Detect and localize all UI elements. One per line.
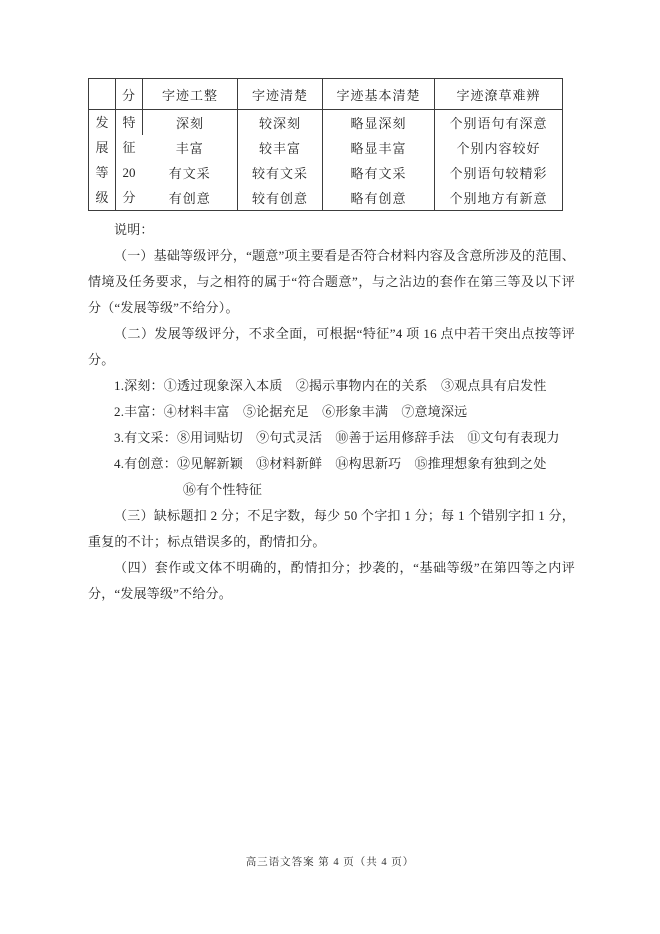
header-empty-cell bbox=[89, 79, 116, 110]
note-item-literary: 3.有文采：⑧用词贴切 ⑨句式灵活 ⑩善于运用修辞手法 ⑪文句有表现力 bbox=[88, 425, 575, 451]
table-cell: 个别内容较好 bbox=[435, 135, 563, 160]
table-cell: 较有文采 bbox=[238, 160, 323, 185]
header-neat-handwriting: 字迹工整 bbox=[143, 79, 238, 110]
table-cell: 深刻 bbox=[143, 110, 238, 136]
label-char: 展 bbox=[95, 141, 108, 154]
note-item-creative-cont: ⑯有个性特征 bbox=[88, 477, 575, 503]
note-paragraph-1: （一）基础等级评分，“题意”项主要看是否符合材料内容及含意所涉及的范围、情境及任… bbox=[88, 243, 575, 321]
label-char: 分 bbox=[122, 191, 135, 204]
notes-heading: 说明： bbox=[88, 217, 575, 243]
grading-rubric-table: 分 字迹工整 字迹清楚 字迹基本清楚 字迹潦草难辨 发 展 等 级 bbox=[88, 78, 563, 211]
label-char: 发 bbox=[95, 116, 108, 129]
table-cell: 略显丰富 bbox=[323, 135, 435, 160]
header-score-cell: 分 bbox=[116, 79, 143, 110]
page-footer: 高三语文答案 第 4 页（共 4 页） bbox=[0, 854, 660, 869]
table-row: 有文采 较有文采 略有文采 个别语句较精彩 bbox=[89, 160, 563, 185]
table-cell: 较丰富 bbox=[238, 135, 323, 160]
table-cell: 略有创意 bbox=[323, 185, 435, 211]
table-header-row: 分 字迹工整 字迹清楚 字迹基本清楚 字迹潦草难辨 bbox=[89, 79, 563, 110]
feature-score-label: 特 征 20 分 bbox=[116, 110, 142, 210]
note-item-creative: 4.有创意：⑫见解新颖 ⑬材料新鲜 ⑭构思新巧 ⑮推理想象有独到之处 bbox=[88, 451, 575, 477]
development-level-label-cell: 发 展 等 级 bbox=[89, 110, 116, 211]
header-illegible-handwriting: 字迹潦草难辨 bbox=[435, 79, 563, 110]
header-clear-handwriting: 字迹清楚 bbox=[238, 79, 323, 110]
table-cell: 略显深刻 bbox=[323, 110, 435, 136]
notes-section: 说明： （一）基础等级评分，“题意”项主要看是否符合材料内容及含意所涉及的范围、… bbox=[88, 217, 575, 607]
header-mostly-clear-handwriting: 字迹基本清楚 bbox=[323, 79, 435, 110]
note-item-deep: 1.深刻：①透过现象深入本质 ②揭示事物内在的关系 ③观点具有启发性 bbox=[88, 373, 575, 399]
note-paragraph-3: （三）缺标题扣 2 分；不足字数，每少 50 个字扣 1 分；每 1 个错别字扣… bbox=[88, 503, 575, 555]
table-cell: 丰富 bbox=[143, 135, 238, 160]
development-level-label: 发 展 等 级 bbox=[89, 110, 115, 210]
table-cell: 有文采 bbox=[143, 160, 238, 185]
feature-score-label-cell: 特 征 20 分 bbox=[116, 110, 143, 211]
document-page: 分 字迹工整 字迹清楚 字迹基本清楚 字迹潦草难辨 发 展 等 级 bbox=[0, 0, 660, 934]
table-row: 丰富 较丰富 略显丰富 个别内容较好 bbox=[89, 135, 563, 160]
table-cell: 较深刻 bbox=[238, 110, 323, 136]
label-char: 级 bbox=[95, 191, 108, 204]
table-row: 有创意 较有创意 略有创意 个别地方有新意 bbox=[89, 185, 563, 211]
label-char: 等 bbox=[95, 166, 108, 179]
table-cell: 个别语句较精彩 bbox=[435, 160, 563, 185]
table-cell: 个别语句有深意 bbox=[435, 110, 563, 136]
note-paragraph-2: （二）发展等级评分，不求全面，可根据“特征”4 项 16 点中若干突出点按等评分… bbox=[88, 321, 575, 373]
label-char: 征 bbox=[122, 141, 135, 154]
label-char: 特 bbox=[122, 116, 135, 129]
table-cell: 较有创意 bbox=[238, 185, 323, 211]
note-item-rich: 2.丰富：④材料丰富 ⑤论据充足 ⑥形象丰满 ⑦意境深远 bbox=[88, 399, 575, 425]
table-cell: 有创意 bbox=[143, 185, 238, 211]
table-cell: 略有文采 bbox=[323, 160, 435, 185]
table-cell: 个别地方有新意 bbox=[435, 185, 563, 211]
table-row: 发 展 等 级 特 征 20 分 深刻 较深刻 略显深刻 bbox=[89, 110, 563, 136]
label-char: 20 bbox=[123, 166, 136, 179]
note-paragraph-4: （四）套作或文体不明确的，酌情扣分；抄袭的，“基础等级”在第四等之内评分，“发展… bbox=[88, 555, 575, 607]
